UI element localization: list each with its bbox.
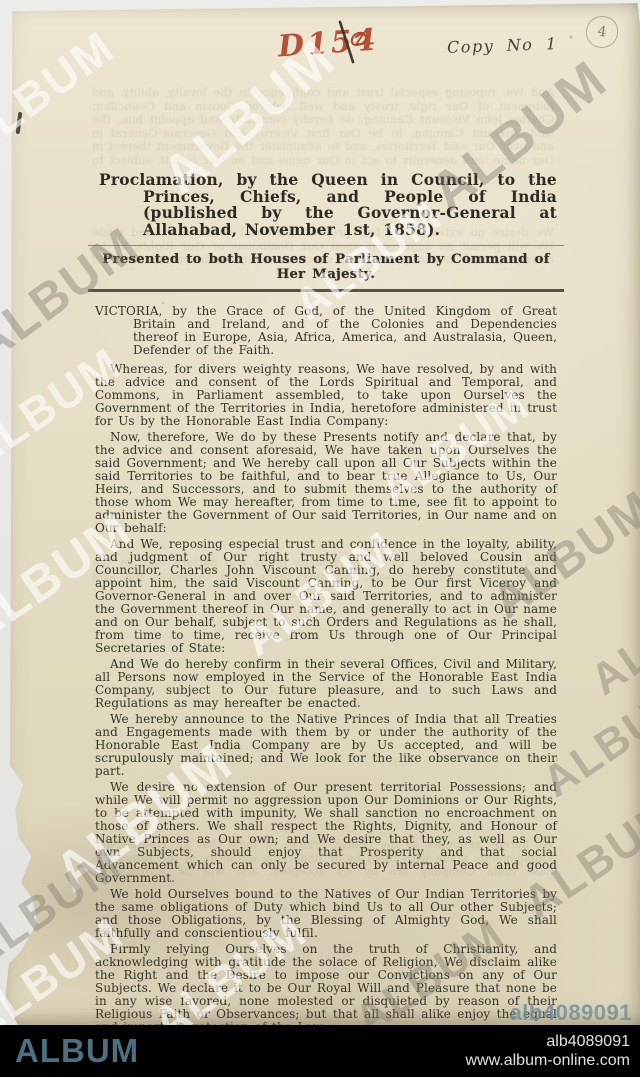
paragraph-1: VICTORIA, by the Grace of God, of the Un… bbox=[95, 305, 557, 357]
paragraphs-container: VICTORIA, by the Grace of God, of the Un… bbox=[95, 305, 557, 1026]
presented-line: Presented to both Houses of Parliament b… bbox=[95, 252, 557, 282]
document-content: Proclamation, by the Queen in Council, t… bbox=[95, 172, 557, 1025]
bar-image-id: alb4089091 bbox=[465, 1032, 630, 1051]
bottom-rule bbox=[88, 289, 564, 292]
bar-website: www.album-online.com bbox=[465, 1051, 630, 1070]
photo-background: And We, reposing especial trust and conf… bbox=[0, 0, 640, 1025]
paragraph-4: And We, reposing especial trust and conf… bbox=[95, 538, 557, 655]
ghost-text: And We, reposing especial trust and conf… bbox=[92, 86, 554, 164]
album-logo: ALBUM bbox=[15, 1032, 139, 1070]
paragraph-2: Whereas, for divers weighty reasons, We … bbox=[95, 363, 557, 428]
footer-bar: ALBUM alb4089091 www.album-online.com bbox=[0, 1025, 640, 1077]
document-paper: And We, reposing especial trust and conf… bbox=[0, 0, 640, 1025]
ink-mark bbox=[16, 112, 23, 134]
top-rule bbox=[88, 245, 564, 246]
paragraph-3: Now, therefore, We do by these Presents … bbox=[95, 431, 557, 535]
paragraph-6: We hereby announce to the Native Princes… bbox=[95, 713, 557, 778]
pencil-page-number: 4 bbox=[584, 14, 620, 50]
handwritten-copy-number: Copy No 1 bbox=[447, 34, 558, 57]
photo-id-overlay: alb4089091 bbox=[510, 1000, 632, 1025]
ink-flourish-icon bbox=[326, 20, 368, 66]
paragraph-7: We desire no extension of Our present te… bbox=[95, 781, 557, 885]
paragraph-8: We hold Ourselves bound to the Natives o… bbox=[95, 888, 557, 940]
bar-credit: alb4089091 www.album-online.com bbox=[465, 1032, 630, 1070]
paragraph-9: Firmly relying Ourselves on the truth of… bbox=[95, 943, 557, 1026]
stock-photo-frame: And We, reposing especial trust and conf… bbox=[0, 0, 640, 1077]
document-title: Proclamation, by the Queen in Council, t… bbox=[95, 172, 557, 238]
paragraph-5: And We do hereby confirm in their severa… bbox=[95, 658, 557, 710]
